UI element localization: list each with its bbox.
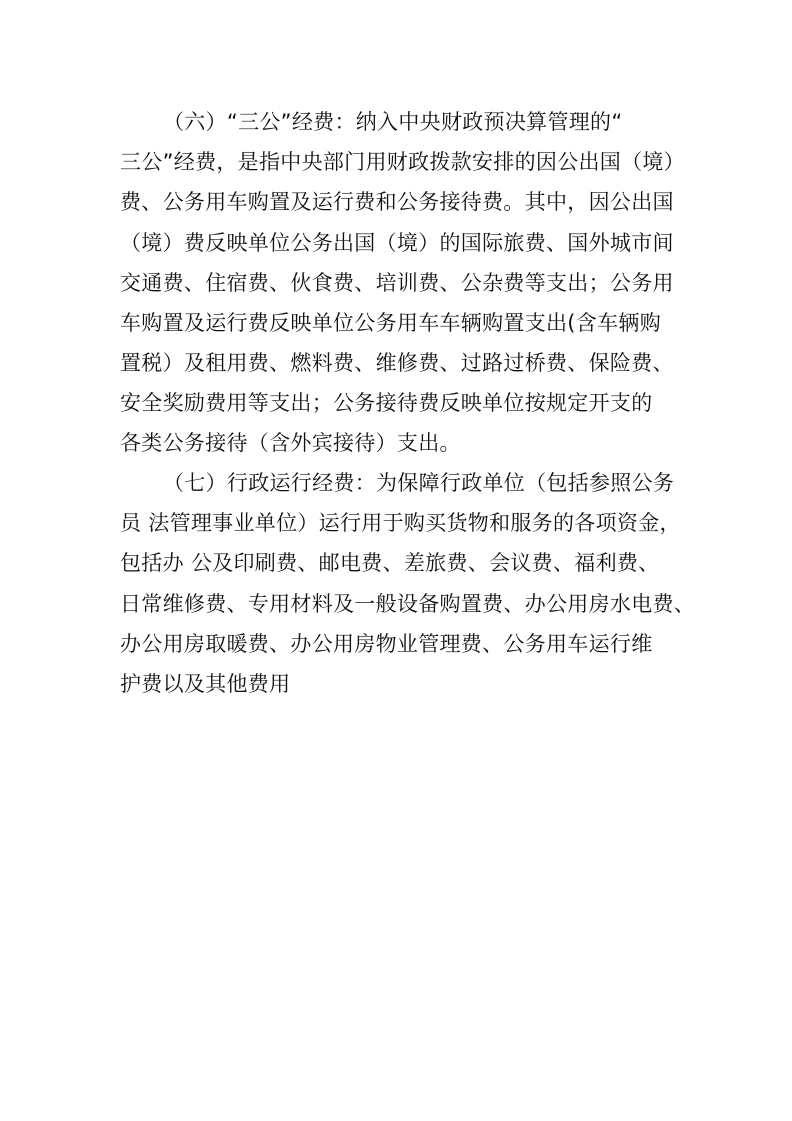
paragraph-6-line-4: （境）费反映单位公务出国（境）的国际旅费、国外城市间 <box>120 229 674 257</box>
paragraph-7-line-2: 员 法管理事业单位）运行用于购买货物和服务的各项资金， <box>120 509 681 537</box>
paragraph-6-line-2: 三公”经费，是指中央部门用财政拨款安排的因公出国（境） <box>120 148 685 176</box>
paragraph-6-line-8: 安全奖励费用等支出；公务接待费反映单位按规定开支的 <box>120 389 653 417</box>
document-page: （六）“三公”经费：纳入中央财政预决算管理的“ 三公”经费，是指中央部门用财政拨… <box>0 0 792 1121</box>
paragraph-7-line-5: 办公用房取暖费、办公用房物业管理费、公务用车运行维 <box>120 630 653 658</box>
paragraph-6-line-7: 置税）及租用费、燃料费、维修费、过路过桥费、保险费、 <box>120 349 674 377</box>
paragraph-6-line-3: 费、公务用车购置及运行费和公务接待费。其中，因公出国 <box>120 188 674 216</box>
paragraph-7-line-1: （七）行政运行经费：为保障行政单位（包括参照公务 <box>163 469 674 497</box>
paragraph-7-line-4: 日常维修费、专用材料及一般设备购置费、办公用房水电费、 <box>120 590 695 618</box>
paragraph-6-line-5: 交通费、住宿费、伙食费、培训费、公杂费等支出；公务用 <box>120 269 674 297</box>
paragraph-6-line-1: （六）“三公”经费：纳入中央财政预决算管理的“ <box>163 108 623 136</box>
paragraph-6-line-9: 各类公务接待（含外宾接待）支出。 <box>120 429 461 457</box>
paragraph-7-line-6: 护费以及其他费用 <box>120 670 290 698</box>
paragraph-6-line-6: 车购置及运行费反映单位公务用车车辆购置支出(含车辆购 <box>120 309 661 337</box>
paragraph-7-line-3: 包括办 公及印刷费、邮电费、差旅费、会议费、福利费、 <box>120 549 659 577</box>
